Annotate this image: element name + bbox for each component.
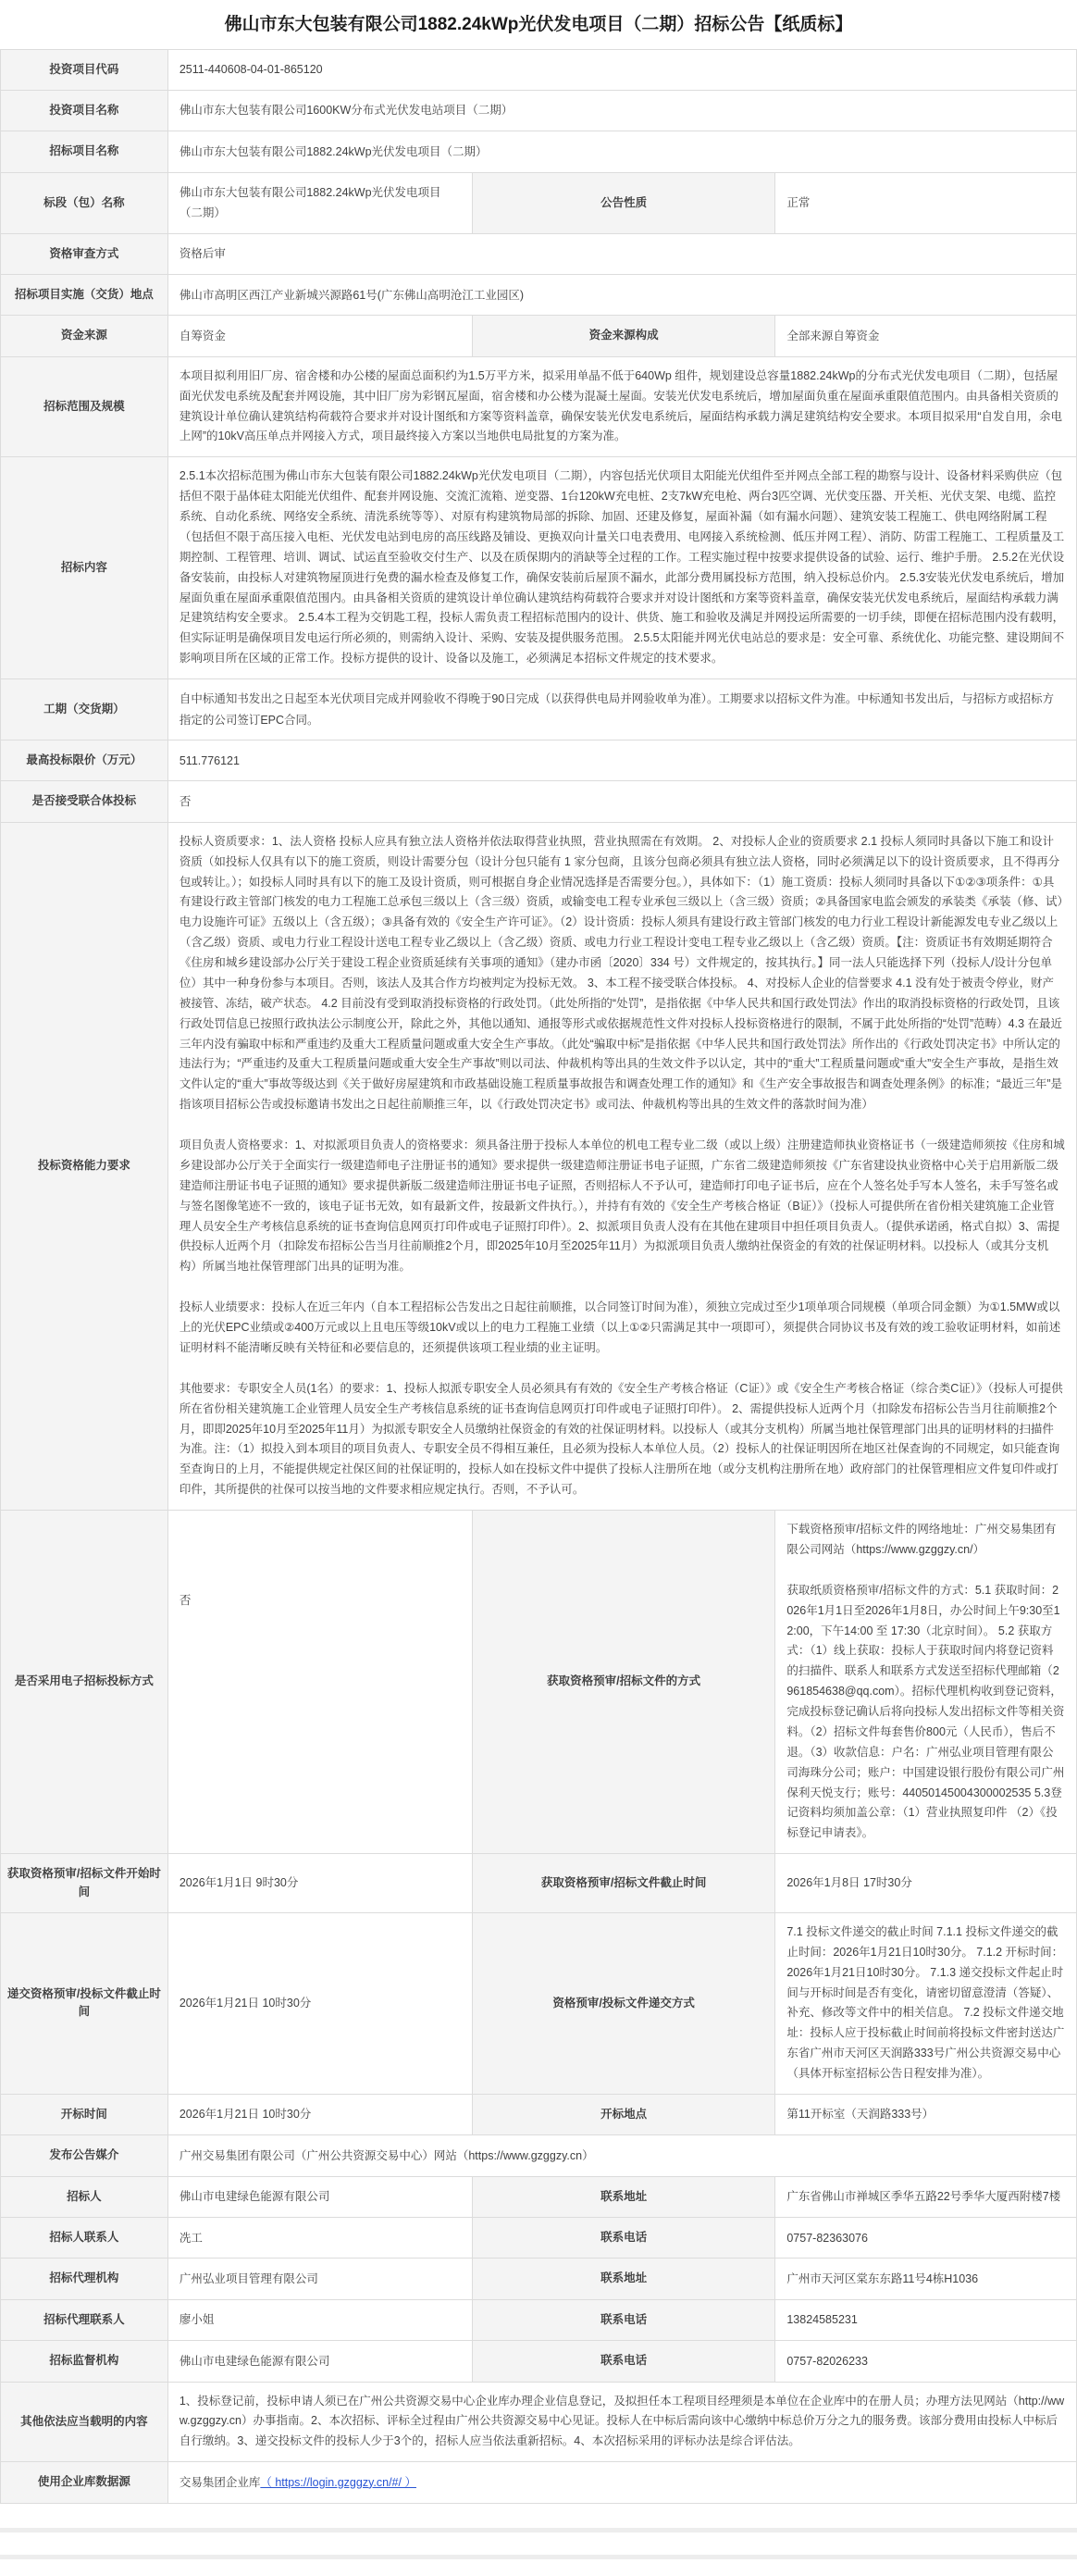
section-name-label: 标段（包）名称 xyxy=(1,172,168,233)
agency-contact-label: 招标代理联系人 xyxy=(1,2299,168,2340)
row-qualification-requirements: 投标资格能力要求 投标人资质要求：1、法人资格 投标人应具有独立法人资格并依法取… xyxy=(1,822,1077,1510)
fund-structure-label: 资金来源构成 xyxy=(472,316,774,356)
obtain-end-label: 获取资格预审/招标文件截止时间 xyxy=(472,1854,774,1913)
submit-method-value: 7.1 投标文件递交的截止时间 7.1.1 投标文件递交的截止时间：2026年1… xyxy=(775,1912,1077,2094)
qualification-paragraph-2: 项目负责人资格要求：1、对拟派项目负责人的资格要求：须具备注册于投标人本单位的机… xyxy=(179,1136,1065,1277)
footer-divider-bottom xyxy=(0,2555,1077,2559)
delivery-place-value: 佛山市高明区西江产业新城兴源路61号(广东佛山高明沧江工业园区) xyxy=(167,275,1076,316)
row-scope: 招标范围及规模 本项目拟利用旧厂房、宿舍楼和办公楼的屋面总面积约为1.5万平方米… xyxy=(1,356,1077,457)
qualification-requirements-label: 投标资格能力要求 xyxy=(1,822,168,1510)
row-invest-code: 投资项目代码 2511-440608-04-01-865120 xyxy=(1,49,1077,90)
duration-label: 工期（交货期） xyxy=(1,679,168,740)
agency-contact-value: 廖小姐 xyxy=(167,2299,472,2340)
media-value: 广州交易集团有限公司（广州公共资源交易中心）网站（https://www.gzg… xyxy=(167,2135,1076,2176)
duration-value: 自中标通知书发出之日起至本光伏项目完成并网验收不得晚于90日完成（以获得供电局并… xyxy=(167,679,1076,740)
price-limit-label: 最高投标限价（万元） xyxy=(1,740,168,781)
row-other-content: 其他依法应当载明的内容 1、投标登记前，投标申请人须已在广州公共资源交易中心企业… xyxy=(1,2382,1077,2462)
obtain-method-paragraph-1: 下载资格预审/招标文件的网络地址：广州交易集团有限公司网站（https://ww… xyxy=(786,1520,1065,1561)
obtain-method-paragraph-2: 获取纸质资格预审/招标文件的方式：5.1 获取时间：2026年1月1日至2026… xyxy=(786,1581,1065,1844)
delivery-place-label: 招标项目实施（交货）地点 xyxy=(1,275,168,316)
page-footer xyxy=(0,2504,1077,2576)
row-consortium: 是否接受联合体投标 否 xyxy=(1,781,1077,822)
tender-name-value: 佛山市东大包装有限公司1882.24kWp光伏发电项目（二期） xyxy=(167,131,1076,172)
content-value: 2.5.1本次招标范围为佛山市东大包装有限公司1882.24kWp光伏发电项目（… xyxy=(167,457,1076,679)
qualification-review-value: 资格后审 xyxy=(167,233,1076,274)
row-duration: 工期（交货期） 自中标通知书发出之日起至本光伏项目完成并网验收不得晚于90日完成… xyxy=(1,679,1077,740)
scope-label: 招标范围及规模 xyxy=(1,356,168,457)
row-opening: 开标时间 2026年1月21日 10时30分 开标地点 第11开标室（天润路33… xyxy=(1,2094,1077,2134)
tenderer-phone-label: 联系电话 xyxy=(472,2218,774,2259)
qualification-requirements-value: 投标人资质要求：1、法人资格 投标人应具有独立法人资格并依法取得营业执照，营业执… xyxy=(167,822,1076,1510)
db-source-prefix: 交易集团企业库 xyxy=(179,2476,261,2489)
obtain-end-value: 2026年1月8日 17时30分 xyxy=(775,1854,1077,1913)
open-time-label: 开标时间 xyxy=(1,2094,168,2134)
row-price-limit: 最高投标限价（万元） 511.776121 xyxy=(1,740,1077,781)
announcement-table: 投资项目代码 2511-440608-04-01-865120 投资项目名称 佛… xyxy=(0,49,1077,2504)
row-tenderer: 招标人 佛山市电建绿色能源有限公司 联系地址 广东省佛山市禅城区季华五路22号季… xyxy=(1,2176,1077,2217)
content-label: 招标内容 xyxy=(1,457,168,679)
tenderer-contact-value: 冼工 xyxy=(167,2218,472,2259)
tender-announcement-document: 佛山市东大包装有限公司1882.24kWp光伏发电项目（二期）招标公告【纸质标】… xyxy=(0,0,1077,2576)
page-title: 佛山市东大包装有限公司1882.24kWp光伏发电项目（二期）招标公告【纸质标】 xyxy=(0,0,1077,49)
row-delivery-place: 招标项目实施（交货）地点 佛山市高明区西江产业新城兴源路61号(广东佛山高明沧江… xyxy=(1,275,1077,316)
enterprise-db-link[interactable]: （ https://login.gzggzy.cn/#/ ） xyxy=(260,2476,416,2489)
tenderer-phone-value: 0757-82363076 xyxy=(775,2218,1077,2259)
row-tender-name: 招标项目名称 佛山市东大包装有限公司1882.24kWp光伏发电项目（二期） xyxy=(1,131,1077,172)
supervisor-phone-value: 0757-82026233 xyxy=(775,2341,1077,2382)
section-name-value: 佛山市东大包装有限公司1882.24kWp光伏发电项目（二期） xyxy=(167,172,472,233)
row-supervisor: 招标监督机构 佛山市电建绿色能源有限公司 联系电话 0757-82026233 xyxy=(1,2341,1077,2382)
supervisor-phone-label: 联系电话 xyxy=(472,2341,774,2382)
obtain-start-label: 获取资格预审/招标文件开始时间 xyxy=(1,1854,168,1913)
qualification-paragraph-3: 投标人业绩要求：投标人在近三年内（自本工程招标公告发出之日起往前顺推，以合同签订… xyxy=(179,1298,1065,1359)
price-limit-value: 511.776121 xyxy=(167,740,1076,781)
db-source-label: 使用企业库数据源 xyxy=(1,2462,168,2503)
tenderer-value: 佛山市电建绿色能源有限公司 xyxy=(167,2176,472,2217)
e-bidding-label: 是否采用电子招标投标方式 xyxy=(1,1511,168,1854)
notice-nature-value: 正常 xyxy=(775,172,1077,233)
invest-name-label: 投资项目名称 xyxy=(1,90,168,131)
submit-method-label: 资格预审/投标文件递交方式 xyxy=(472,1912,774,2094)
supervisor-label: 招标监督机构 xyxy=(1,2341,168,2382)
row-content: 招标内容 2.5.1本次招标范围为佛山市东大包装有限公司1882.24kWp光伏… xyxy=(1,457,1077,679)
consortium-value: 否 xyxy=(167,781,1076,822)
row-invest-name: 投资项目名称 佛山市东大包装有限公司1600KW分布式光伏发电站项目（二期） xyxy=(1,90,1077,131)
agency-phone-label: 联系电话 xyxy=(472,2299,774,2340)
notice-nature-label: 公告性质 xyxy=(472,172,774,233)
agency-address-label: 联系地址 xyxy=(472,2259,774,2299)
row-media: 发布公告媒介 广州交易集团有限公司（广州公共资源交易中心）网站（https://… xyxy=(1,2135,1077,2176)
tenderer-contact-label: 招标人联系人 xyxy=(1,2218,168,2259)
row-agency-contact: 招标代理联系人 廖小姐 联系电话 13824585231 xyxy=(1,2299,1077,2340)
open-time-value: 2026年1月21日 10时30分 xyxy=(167,2094,472,2134)
db-source-value: 交易集团企业库（ https://login.gzggzy.cn/#/ ） xyxy=(167,2462,1076,2503)
open-place-value: 第11开标室（天润路333号） xyxy=(775,2094,1077,2134)
tender-name-label: 招标项目名称 xyxy=(1,131,168,172)
qualification-review-label: 资格审查方式 xyxy=(1,233,168,274)
obtain-method-label: 获取资格预审/招标文件的方式 xyxy=(472,1511,774,1854)
row-fund-source: 资金来源 自筹资金 资金来源构成 全部来源自筹资金 xyxy=(1,316,1077,356)
agency-label: 招标代理机构 xyxy=(1,2259,168,2299)
media-label: 发布公告媒介 xyxy=(1,2135,168,2176)
invest-code-label: 投资项目代码 xyxy=(1,49,168,90)
tenderer-address-value: 广东省佛山市禅城区季华五路22号季华大厦西附楼7楼 xyxy=(775,2176,1077,2217)
row-e-bidding: 是否采用电子招标投标方式 否 获取资格预审/招标文件的方式 下载资格预审/招标文… xyxy=(1,1511,1077,1854)
e-bidding-value: 否 xyxy=(167,1511,472,1854)
consortium-label: 是否接受联合体投标 xyxy=(1,781,168,822)
row-tenderer-contact: 招标人联系人 冼工 联系电话 0757-82363076 xyxy=(1,2218,1077,2259)
row-obtain-times: 获取资格预审/招标文件开始时间 2026年1月1日 9时30分 获取资格预审/招… xyxy=(1,1854,1077,1913)
other-content-value: 1、投标登记前，投标申请人须已在广州公共资源交易中心企业库办理企业信息登记，及拟… xyxy=(167,2382,1076,2462)
row-agency: 招标代理机构 广州弘业项目管理有限公司 联系地址 广州市天河区棠东东路11号4栋… xyxy=(1,2259,1077,2299)
agency-phone-value: 13824585231 xyxy=(775,2299,1077,2340)
submit-deadline-value: 2026年1月21日 10时30分 xyxy=(167,1912,472,2094)
invest-code-value: 2511-440608-04-01-865120 xyxy=(167,49,1076,90)
fund-source-label: 资金来源 xyxy=(1,316,168,356)
qualification-paragraph-1: 投标人资质要求：1、法人资格 投标人应具有独立法人资格并依法取得营业执照，营业执… xyxy=(179,832,1065,1115)
supervisor-value: 佛山市电建绿色能源有限公司 xyxy=(167,2341,472,2382)
obtain-method-value: 下载资格预审/招标文件的网络地址：广州交易集团有限公司网站（https://ww… xyxy=(775,1511,1077,1854)
fund-source-value: 自筹资金 xyxy=(167,316,472,356)
agency-value: 广州弘业项目管理有限公司 xyxy=(167,2259,472,2299)
footer-divider-top xyxy=(0,2528,1077,2532)
scope-value: 本项目拟利用旧厂房、宿舍楼和办公楼的屋面总面积约为1.5万平方米，拟采用单晶不低… xyxy=(167,356,1076,457)
tenderer-label: 招标人 xyxy=(1,2176,168,2217)
row-submit: 递交资格预审/投标文件截止时间 2026年1月21日 10时30分 资格预审/投… xyxy=(1,1912,1077,2094)
qualification-paragraph-4: 其他要求：专职安全人员(1名）的要求：1、投标人拟派专职安全人员必须具有有效的《… xyxy=(179,1379,1065,1500)
obtain-start-value: 2026年1月1日 9时30分 xyxy=(167,1854,472,1913)
tenderer-address-label: 联系地址 xyxy=(472,2176,774,2217)
agency-address-value: 广州市天河区棠东东路11号4栋H1036 xyxy=(775,2259,1077,2299)
invest-name-value: 佛山市东大包装有限公司1600KW分布式光伏发电站项目（二期） xyxy=(167,90,1076,131)
open-place-label: 开标地点 xyxy=(472,2094,774,2134)
submit-deadline-label: 递交资格预审/投标文件截止时间 xyxy=(1,1912,168,2094)
row-db-source: 使用企业库数据源 交易集团企业库（ https://login.gzggzy.c… xyxy=(1,2462,1077,2503)
other-content-label: 其他依法应当载明的内容 xyxy=(1,2382,168,2462)
fund-structure-value: 全部来源自筹资金 xyxy=(775,316,1077,356)
row-qualification-review: 资格审查方式 资格后审 xyxy=(1,233,1077,274)
row-section-name: 标段（包）名称 佛山市东大包装有限公司1882.24kWp光伏发电项目（二期） … xyxy=(1,172,1077,233)
